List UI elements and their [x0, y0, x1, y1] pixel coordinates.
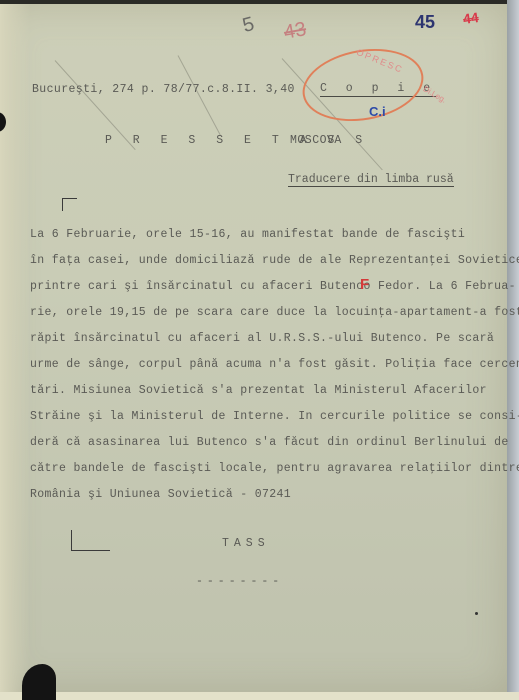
crossed-page-number: 44: [462, 9, 480, 27]
body-text: La 6 Februarie, orele 15-16, au manifest…: [30, 222, 510, 508]
body-line: deră că asasinarea lui Butenco s'a făcut…: [30, 430, 510, 456]
bracket-mark-bottom: [71, 530, 110, 551]
body-line: în faţa casei, unde domiciliază rude de …: [30, 248, 510, 274]
body-line: urme de sânge, corpul până acuma n'a fos…: [30, 352, 510, 378]
bracket-mark-top: [62, 198, 77, 211]
blue-initials: C.i: [369, 104, 386, 119]
body-line: către bandele de fascişti locale, pentru…: [30, 456, 510, 482]
ink-dot: [475, 612, 478, 615]
destination-city: MOSCOVA: [290, 134, 342, 147]
translation-note: Traducere din limba rusă: [288, 173, 454, 187]
body-line: printre cari şi însărcinatul cu afaceri …: [30, 274, 510, 300]
page-bottom-edge: [0, 692, 519, 700]
body-line: rie, orele 19,15 de pe scara care duce l…: [30, 300, 510, 326]
body-line: tări. Misiunea Sovietică s'a prezentat l…: [30, 378, 510, 404]
body-line: Străine şi la Ministerul de Interne. In …: [30, 404, 510, 430]
pencil-mark-crossed: 43: [282, 18, 308, 45]
torn-corner: [22, 664, 56, 700]
page-number: 45: [415, 12, 435, 33]
header-line: Bucureşti, 274 p. 78/77.c.8.II. 3,40: [32, 83, 295, 96]
closing-dashes: --------: [196, 575, 283, 588]
signature: TASS: [222, 537, 270, 550]
body-line: răpit însărcinatul cu afaceri al U.R.S.S…: [30, 326, 510, 352]
body-line: La 6 Februarie, orele 15-16, au manifest…: [30, 222, 510, 248]
red-annotation: F: [360, 276, 369, 293]
paper-edge-highlight: [0, 4, 30, 694]
body-line: România şi Uniunea Sovietică - 07241: [30, 482, 510, 508]
